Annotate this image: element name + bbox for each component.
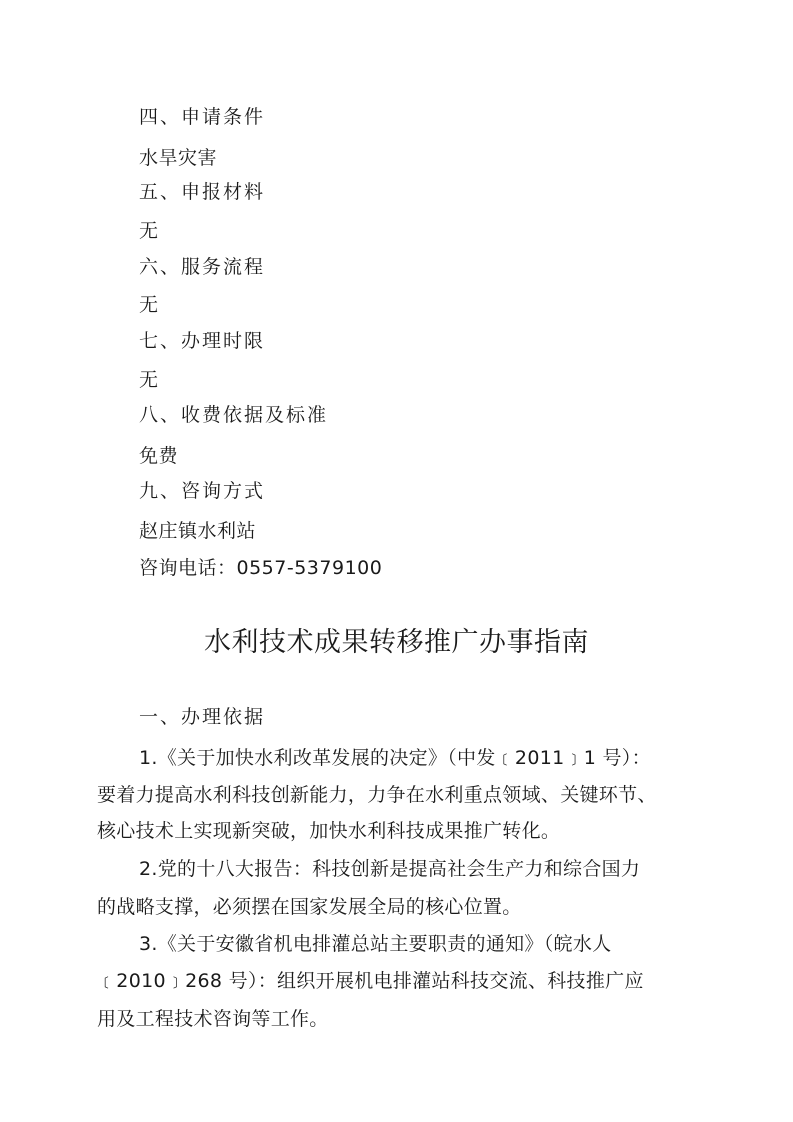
section-heading-service-process: 六、服务流程 — [139, 255, 265, 279]
basis-3-line-1: 3.《关于安徽省机电排灌总站主要职责的通知》（皖水人 — [139, 932, 745, 956]
section-heading-apply-conditions: 四、申请条件 — [139, 105, 265, 129]
section-heading-time-limit: 七、办理时限 — [139, 329, 265, 353]
basis-1-line-1: 1.《关于加快水利改革发展的决定》（中发﹝2011﹞1 号）： — [139, 746, 745, 770]
basis-1-line-2: 要着力提高水利科技创新能力，力争在水利重点领域、关键环节、 — [97, 783, 703, 807]
consultation-phone: 咨询电话：0557-5379100 — [139, 556, 382, 580]
section-content-apply-conditions: 水旱灾害 — [139, 146, 217, 170]
section-heading-fees: 八、收费依据及标准 — [139, 403, 328, 427]
guide-title: 水利技术成果转移推广办事指南 — [0, 626, 793, 660]
section-content-fees: 免费 — [139, 444, 178, 468]
section-content-time-limit: 无 — [139, 368, 159, 392]
section-content-service-process: 无 — [139, 293, 159, 317]
basis-2-line-1: 2.党的十八大报告：科技创新是提高社会生产力和综合国力 — [139, 857, 745, 881]
section-content-consultation: 赵庄镇水利站 — [139, 519, 256, 543]
basis-1-line-3: 核心技术上实现新突破，加快水利科技成果推广转化。 — [97, 819, 703, 843]
section-content-materials: 无 — [139, 219, 159, 243]
section-heading-consultation: 九、咨询方式 — [139, 479, 265, 503]
basis-3-line-2: ﹝2010﹞268 号）：组织开展机电排灌站科技交流、科技推广应 — [97, 969, 703, 993]
basis-2-line-2: 的战略支撑，必须摆在国家发展全局的核心位置。 — [97, 895, 703, 919]
section-heading-materials: 五、申报材料 — [139, 180, 265, 204]
section-heading-basis: 一、办理依据 — [139, 705, 265, 729]
basis-3-line-3: 用及工程技术咨询等工作。 — [97, 1007, 703, 1031]
